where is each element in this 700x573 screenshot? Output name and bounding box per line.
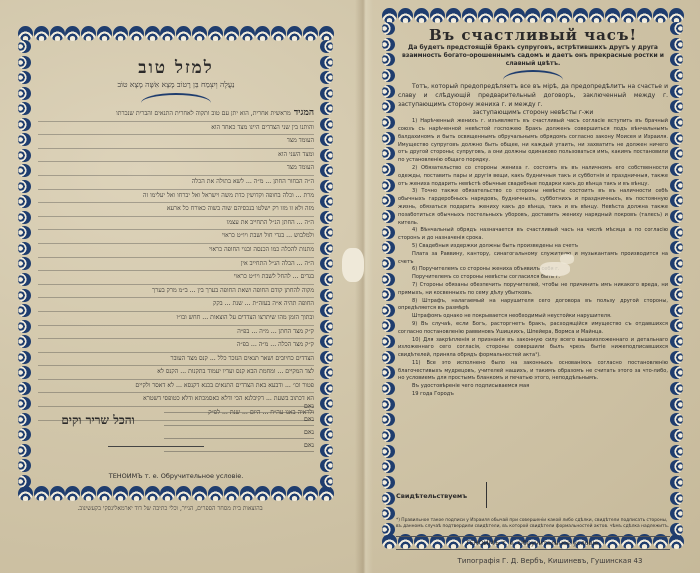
ornament-icon xyxy=(145,26,160,41)
clause: 2) Обязательство со стороны жениха г. со… xyxy=(398,165,668,188)
intro-bride-line: заступающимъ сторону невѣсты г-жи xyxy=(398,109,668,118)
decorative-swash xyxy=(141,93,211,103)
ornament-icon xyxy=(18,118,31,131)
ornament-icon xyxy=(18,382,31,395)
border-left xyxy=(382,22,396,536)
contract-line: לצד המקיים ... ומחמת הבא קנס ועדיו יעמוד… xyxy=(38,366,314,380)
ornament-icon xyxy=(382,147,395,160)
witness-label: Свидѣтельствуемъ xyxy=(396,492,467,500)
tenoim-label: ТЕНОИМЪ т. е. Обручительное условіе. xyxy=(18,472,334,480)
ornament-icon xyxy=(18,351,31,364)
ornament-icon xyxy=(670,429,683,442)
ornament-icon xyxy=(224,26,239,41)
ornament-icon xyxy=(670,351,683,364)
ornament-icon xyxy=(18,273,31,286)
ornament-icon xyxy=(478,8,493,23)
ornament-icon xyxy=(557,8,572,23)
paper-tear xyxy=(560,254,574,264)
ornament-icon xyxy=(382,257,395,270)
contract-line: ה״ה הבחור החתן ... מ״ה ... לשא בתולה את … xyxy=(38,176,314,190)
signature-rows: נאםנאםנאםנאם xyxy=(164,400,314,452)
contract-line: מתנות להכלה כמו הכנסה ובנוי החופה כראוי xyxy=(38,244,314,258)
contract-line: ולמלבוש ... בגדי חול ושבת ויו״ט כראוי xyxy=(38,230,314,244)
contract-line: ק״ק מצד החתן ... מ״ה ... בפ״ה xyxy=(38,326,314,340)
ornament-icon xyxy=(621,8,636,23)
contract-line: מקוה להחתן קודם החופה ושאת החופה בערך בי… xyxy=(38,285,314,299)
ornament-icon xyxy=(240,486,255,501)
ornament-icon xyxy=(670,147,683,160)
ornament-icon xyxy=(382,163,395,176)
ornament-icon xyxy=(81,486,96,501)
signature-row: נאם xyxy=(164,400,314,413)
hebrew-title: למזל טוב xyxy=(38,58,314,78)
ornament-icon xyxy=(382,445,395,458)
paper-tear xyxy=(342,248,364,282)
ornament-icon xyxy=(382,492,395,505)
russian-title: Въ счастливый часъ! xyxy=(398,26,668,44)
ornament-icon xyxy=(18,164,31,177)
clause: 9) Въ случаѣ, если Богъ, расторгнетъ бра… xyxy=(398,321,668,337)
ornament-icon xyxy=(320,444,333,457)
ornament-icon xyxy=(670,194,683,207)
ornament-icon xyxy=(462,8,477,23)
ornament-icon xyxy=(670,398,683,411)
ornament-icon xyxy=(192,26,207,41)
russian-subtitle: Да будетъ предстоящій бракъ супруговъ, в… xyxy=(398,44,668,68)
ornament-icon xyxy=(271,486,286,501)
ornament-icon xyxy=(255,486,270,501)
ornament-icon xyxy=(18,320,31,333)
contract-line: הצדדים כחיובים ושאר תנאים הנזכר כלל ... … xyxy=(38,353,314,367)
signature-row: נאם xyxy=(164,426,314,439)
clause: Въ удостовѣреніе чего подписываемся мая xyxy=(398,383,668,391)
ornament-icon xyxy=(669,534,684,549)
ornament-icon xyxy=(382,226,395,239)
ornament-icon xyxy=(18,71,31,84)
contract-line: החופה תהיה א״ה בעזה״ת ... שנת ... בקק xyxy=(38,298,314,312)
ornament-icon xyxy=(34,26,49,41)
decorative-swash xyxy=(503,70,563,80)
hebrew-tenaim-page: למזל טוב נַעֲלֶה וְיִצְמַח בֵּן רָטוֹב מ… xyxy=(18,26,334,502)
ornament-icon xyxy=(320,164,333,177)
ornament-icon xyxy=(320,382,333,395)
clause: 4) Вѣнчальный обрядъ назначается въ счас… xyxy=(398,227,668,243)
ornament-icon xyxy=(670,226,683,239)
ornament-icon xyxy=(224,486,239,501)
clause: 11) Все это исполнено было на законныхъ … xyxy=(398,360,668,383)
ornament-icon xyxy=(320,242,333,255)
ornament-icon xyxy=(320,366,333,379)
ornament-icon xyxy=(382,507,395,520)
paper-tear xyxy=(540,262,570,276)
contract-line: ובתוך הזמן מהו שיתרצו הצדדים על הוצאות .… xyxy=(38,312,314,326)
ornament-icon xyxy=(320,195,333,208)
page-fold xyxy=(355,0,373,573)
border-right xyxy=(670,22,684,536)
ornament-icon xyxy=(303,26,318,41)
ornament-icon xyxy=(670,288,683,301)
clause: Штрафомъ однако не покрывается необходим… xyxy=(398,313,668,321)
ornament-icon xyxy=(320,226,333,239)
ornament-icon xyxy=(382,210,395,223)
clause: 3) Точно также обязательство со стороны … xyxy=(398,188,668,227)
clause: 10) Для закрѣпленія и признанія въ закон… xyxy=(398,337,668,360)
ornament-icon xyxy=(18,40,31,53)
ornament-icon xyxy=(320,180,333,193)
ornament-icon xyxy=(18,413,31,426)
ornament-icon xyxy=(129,26,144,41)
ornament-icon xyxy=(670,241,683,254)
clause: 7) Стороны обязаны обезпечить поручителе… xyxy=(398,282,668,298)
ornament-icon xyxy=(669,8,684,23)
ornament-icon xyxy=(382,38,395,51)
contract-line: העומד מצד xyxy=(38,135,314,149)
ornament-icon xyxy=(18,366,31,379)
ornament-icon xyxy=(670,460,683,473)
ornament-icon xyxy=(287,26,302,41)
intro-word: המגיד xyxy=(291,108,314,118)
contract-line: ה״ה ... הכלה הנ״ל התחייב אין xyxy=(38,258,314,272)
ornament-icon xyxy=(653,8,668,23)
clause: Плата за Раввину, кантору, синагогальном… xyxy=(398,251,668,267)
ornament-icon xyxy=(18,289,31,302)
ornament-icon xyxy=(670,273,683,286)
russian-imprint: Типографія Г. Д. Вербъ, Кишиневъ, Гушинс… xyxy=(420,557,680,565)
ornament-icon xyxy=(319,486,334,501)
ornament-icon xyxy=(494,8,509,23)
ornament-icon xyxy=(382,179,395,192)
ornament-icon xyxy=(18,486,33,501)
border-top xyxy=(382,8,684,24)
ornament-icon xyxy=(18,149,31,162)
ornament-icon xyxy=(670,69,683,82)
ornament-icon xyxy=(320,413,333,426)
tenoim-label: ТЕНОИМЪ т. е. Обручительное условіе. xyxy=(396,536,670,550)
ornament-icon xyxy=(320,102,333,115)
ornament-icon xyxy=(18,444,31,457)
ornament-icon xyxy=(670,507,683,520)
ornament-icon xyxy=(320,87,333,100)
ornament-icon xyxy=(160,26,175,41)
ornament-icon xyxy=(382,304,395,317)
clause: 5) Свадебныя издержки должны быть произв… xyxy=(398,243,668,251)
ornament-icon xyxy=(320,304,333,317)
ornament-icon xyxy=(18,26,33,41)
ornament-icon xyxy=(589,8,604,23)
ornament-icon xyxy=(382,241,395,254)
ornament-icon xyxy=(18,397,31,410)
ornament-icon xyxy=(320,56,333,69)
ornament-icon xyxy=(113,486,128,501)
ornament-icon xyxy=(18,257,31,270)
ornament-icon xyxy=(382,476,395,489)
ornament-icon xyxy=(670,335,683,348)
ornament-icon xyxy=(65,486,80,501)
clause: 1) Нарѣченный женихъ г. изъявляетъ въ сч… xyxy=(398,118,668,165)
ornament-icon xyxy=(670,179,683,192)
ornament-icon xyxy=(670,210,683,223)
ornament-icon xyxy=(320,149,333,162)
ornament-icon xyxy=(97,26,112,41)
signature-row: נאם xyxy=(164,413,314,426)
ornament-icon xyxy=(382,53,395,66)
ornament-icon xyxy=(271,26,286,41)
ornament-icon xyxy=(382,534,397,549)
russian-contract-page: Въ счастливый часъ! Да будетъ предстоящі… xyxy=(382,8,684,550)
clause: 6) Поручителемъ со стороны жениха объяви… xyxy=(398,266,668,274)
ornament-icon xyxy=(320,257,333,270)
ornament-icon xyxy=(670,132,683,145)
witness-bracket xyxy=(486,482,487,508)
ornament-icon xyxy=(382,319,395,332)
clauses-list: 1) Нарѣченный женихъ г. изъявляетъ въ сч… xyxy=(398,118,668,399)
ornament-icon xyxy=(430,8,445,23)
ornament-icon xyxy=(18,56,31,69)
ornament-icon xyxy=(320,320,333,333)
ornament-icon xyxy=(382,194,395,207)
ornament-icon xyxy=(240,26,255,41)
ornament-icon xyxy=(510,8,525,23)
ornament-icon xyxy=(382,335,395,348)
contract-line: מרת ... וכלה בחופה וקדושין כדת משה וישרא… xyxy=(38,190,314,204)
border-top xyxy=(18,26,334,42)
ornament-icon xyxy=(176,486,191,501)
ornament-icon xyxy=(382,85,395,98)
russian-body: Тотъ, который предопредѣляетъ все въ мір… xyxy=(398,83,668,399)
ornament-icon xyxy=(160,486,175,501)
ornament-icon xyxy=(605,8,620,23)
ornament-icon xyxy=(670,257,683,270)
ornament-icon xyxy=(525,8,540,23)
ornament-icon xyxy=(320,397,333,410)
ornament-icon xyxy=(18,242,31,255)
contract-line: העומד מצד xyxy=(38,162,314,176)
ornament-icon xyxy=(320,211,333,224)
ornament-icon xyxy=(176,26,191,41)
ornament-icon xyxy=(18,226,31,239)
ornament-icon xyxy=(670,382,683,395)
ornament-icon xyxy=(414,8,429,23)
border-right xyxy=(320,40,334,488)
ornament-icon xyxy=(319,26,334,41)
contract-line: המגיד מראשית אחרית, הוא יתן עם טוב ותקוה… xyxy=(38,107,314,122)
ornament-icon xyxy=(18,133,31,146)
ornament-icon xyxy=(573,8,588,23)
ornament-icon xyxy=(320,273,333,286)
ornament-icon xyxy=(670,100,683,113)
ornament-icon xyxy=(382,69,395,82)
ornament-icon xyxy=(382,351,395,364)
ornament-icon xyxy=(670,319,683,332)
ornament-icon xyxy=(670,366,683,379)
ornament-icon xyxy=(97,486,112,501)
ornament-icon xyxy=(382,366,395,379)
ornament-icon xyxy=(382,398,395,411)
ornament-icon xyxy=(50,486,65,501)
ornament-icon xyxy=(18,180,31,193)
contract-line: מזה ולא זו מזו רק ישלטו בנכסיהם שוה בשוה… xyxy=(38,203,314,217)
ornament-icon xyxy=(287,486,302,501)
ornament-icon xyxy=(320,459,333,472)
ornament-icon xyxy=(670,304,683,317)
ornament-icon xyxy=(192,486,207,501)
hebrew-closing: והכל שריר וקים xyxy=(38,413,158,428)
ornament-icon xyxy=(113,26,128,41)
ornament-icon xyxy=(670,53,683,66)
ornament-icon xyxy=(320,428,333,441)
ornament-icon xyxy=(18,195,31,208)
ornament-icon xyxy=(303,486,318,501)
ornament-icon xyxy=(670,38,683,51)
ornament-icon xyxy=(34,486,49,501)
border-bottom xyxy=(18,486,334,502)
ornament-icon xyxy=(81,26,96,41)
ornament-icon xyxy=(320,335,333,348)
footnote: *) Правильное такое подписи у Израиля об… xyxy=(396,518,670,530)
ornament-icon xyxy=(50,26,65,41)
ornament-icon xyxy=(18,211,31,224)
ornament-icon xyxy=(320,118,333,131)
clause: Поручителемъ со стороны невѣсты согласил… xyxy=(398,274,668,282)
ornament-icon xyxy=(541,8,556,23)
ornament-icon xyxy=(670,492,683,505)
ornament-icon xyxy=(382,116,395,129)
ornament-icon xyxy=(670,413,683,426)
ornament-icon xyxy=(670,22,683,35)
ornament-icon xyxy=(320,351,333,364)
ornament-icon xyxy=(670,85,683,98)
ornament-icon xyxy=(382,523,395,536)
ornament-icon xyxy=(382,132,395,145)
ornament-icon xyxy=(65,26,80,41)
contract-line: ומצד השני הוא xyxy=(38,149,314,163)
ornament-icon xyxy=(320,133,333,146)
ornament-icon xyxy=(446,8,461,23)
ornament-icon xyxy=(637,8,652,23)
ornament-icon xyxy=(382,273,395,286)
ornament-icon xyxy=(320,71,333,84)
ornament-icon xyxy=(255,26,270,41)
border-left xyxy=(18,40,32,488)
ornament-icon xyxy=(382,8,397,23)
ornament-icon xyxy=(382,429,395,442)
contract-line: ק״ק מצד הכלה ... מ״ה ... בפ״ה xyxy=(38,339,314,353)
ornament-icon xyxy=(382,460,395,473)
ornament-icon xyxy=(208,486,223,501)
ornament-icon xyxy=(382,413,395,426)
contract-line: והותנו בין שני הצדדים היינו מצד כאחד הוא xyxy=(38,122,314,136)
hebrew-contract-lines: המגיד מראשית אחרית, הוא יתן עם טוב ותקוה… xyxy=(38,107,314,421)
clause: 8) Штрафъ, налагаемый на нарушителя сего… xyxy=(398,298,668,314)
clause: 19 года Городъ xyxy=(398,391,668,399)
ornament-icon xyxy=(18,304,31,317)
divider-line xyxy=(108,446,204,447)
ornament-icon xyxy=(670,445,683,458)
ornament-icon xyxy=(208,26,223,41)
ornament-icon xyxy=(382,382,395,395)
hebrew-imprint: בהוצאות בית מסחר הספרים, הנייר, וכלי כתי… xyxy=(55,505,285,512)
ornament-icon xyxy=(382,288,395,301)
ornament-icon xyxy=(398,8,413,23)
ornament-icon xyxy=(18,102,31,115)
ornament-icon xyxy=(382,100,395,113)
contract-line: פטור וכו׳ ... ודבעא באת הצדדים התנאים בכ… xyxy=(38,380,314,394)
ornament-icon xyxy=(145,486,160,501)
ornament-icon xyxy=(670,163,683,176)
ornament-icon xyxy=(18,335,31,348)
ornament-icon xyxy=(670,476,683,489)
ornament-icon xyxy=(129,486,144,501)
hebrew-subtitle: נַעֲלֶה וְיִצְמַח בֵּן רָטוֹב מָצָא אִשָ… xyxy=(38,80,314,89)
ornament-icon xyxy=(670,523,683,536)
ornament-icon xyxy=(18,459,31,472)
ornament-icon xyxy=(18,428,31,441)
ornament-icon xyxy=(670,116,683,129)
ornament-icon xyxy=(382,22,395,35)
contract-line: בגדים ... להחל לשבת ויו״ט כראוי xyxy=(38,271,314,285)
ornament-icon xyxy=(18,87,31,100)
ornament-icon xyxy=(320,40,333,53)
contract-line: ה״ה ... החתן הנ״ל התחייב את עצמו xyxy=(38,217,314,231)
intro-paragraph: Тотъ, который предопредѣляетъ все въ мір… xyxy=(398,83,668,109)
ornament-icon xyxy=(320,289,333,302)
